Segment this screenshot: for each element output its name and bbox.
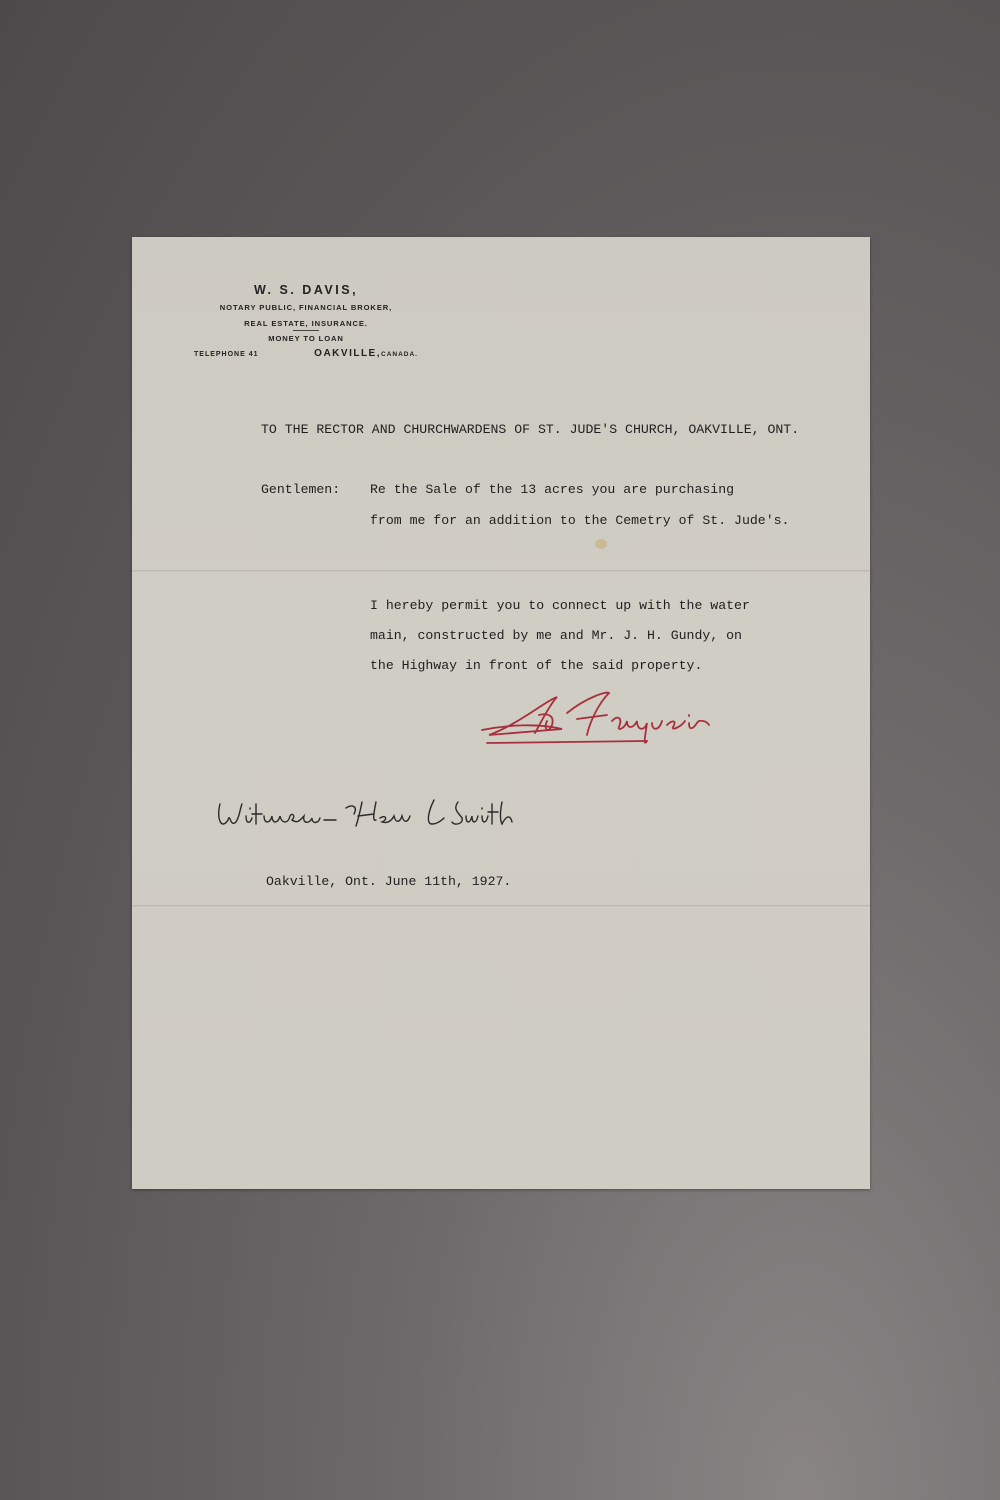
letterhead-telephone: TELEPHONE 41 xyxy=(194,351,259,358)
letterhead-services: NOTARY PUBLIC, FINANCIAL BROKER, xyxy=(194,300,418,316)
letterhead-city: OAKVILLE,CANADA. xyxy=(314,348,418,359)
fold-line xyxy=(132,570,870,573)
letter-paragraph-2-line-2: main, constructed by me and Mr. J. H. Gu… xyxy=(370,628,742,643)
letter-salutation: Gentlemen: xyxy=(261,482,340,497)
witness-signature xyxy=(212,790,592,850)
letterhead-name: W. S. DAVIS, xyxy=(194,283,418,297)
letter-paragraph-1-line-2: from me for an addition to the Cemetry o… xyxy=(370,513,789,528)
letterhead-services-2: REAL ESTATE, INSURANCE. xyxy=(194,316,418,332)
letter-paper: W. S. DAVIS, NOTARY PUBLIC, FINANCIAL BR… xyxy=(132,237,870,1189)
letter-paragraph-2-line-1: I hereby permit you to connect up with t… xyxy=(370,598,750,613)
letterhead-loan: MONEY TO LOAN xyxy=(194,331,418,347)
letter-dateline: Oakville, Ont. June 11th, 1927. xyxy=(266,874,511,889)
signature-fauquier xyxy=(477,685,757,765)
letter-paragraph-2-line-3: the Highway in front of the said propert… xyxy=(370,658,702,673)
letterhead: W. S. DAVIS, NOTARY PUBLIC, FINANCIAL BR… xyxy=(194,283,418,359)
fold-line xyxy=(132,905,870,908)
letter-paragraph-1-line-1: Re the Sale of the 13 acres you are purc… xyxy=(370,482,734,497)
letterhead-footer: TELEPHONE 41 OAKVILLE,CANADA. xyxy=(194,348,418,359)
paper-stain xyxy=(595,539,607,549)
letter-address: TO THE RECTOR AND CHURCHWARDENS OF ST. J… xyxy=(261,422,799,437)
